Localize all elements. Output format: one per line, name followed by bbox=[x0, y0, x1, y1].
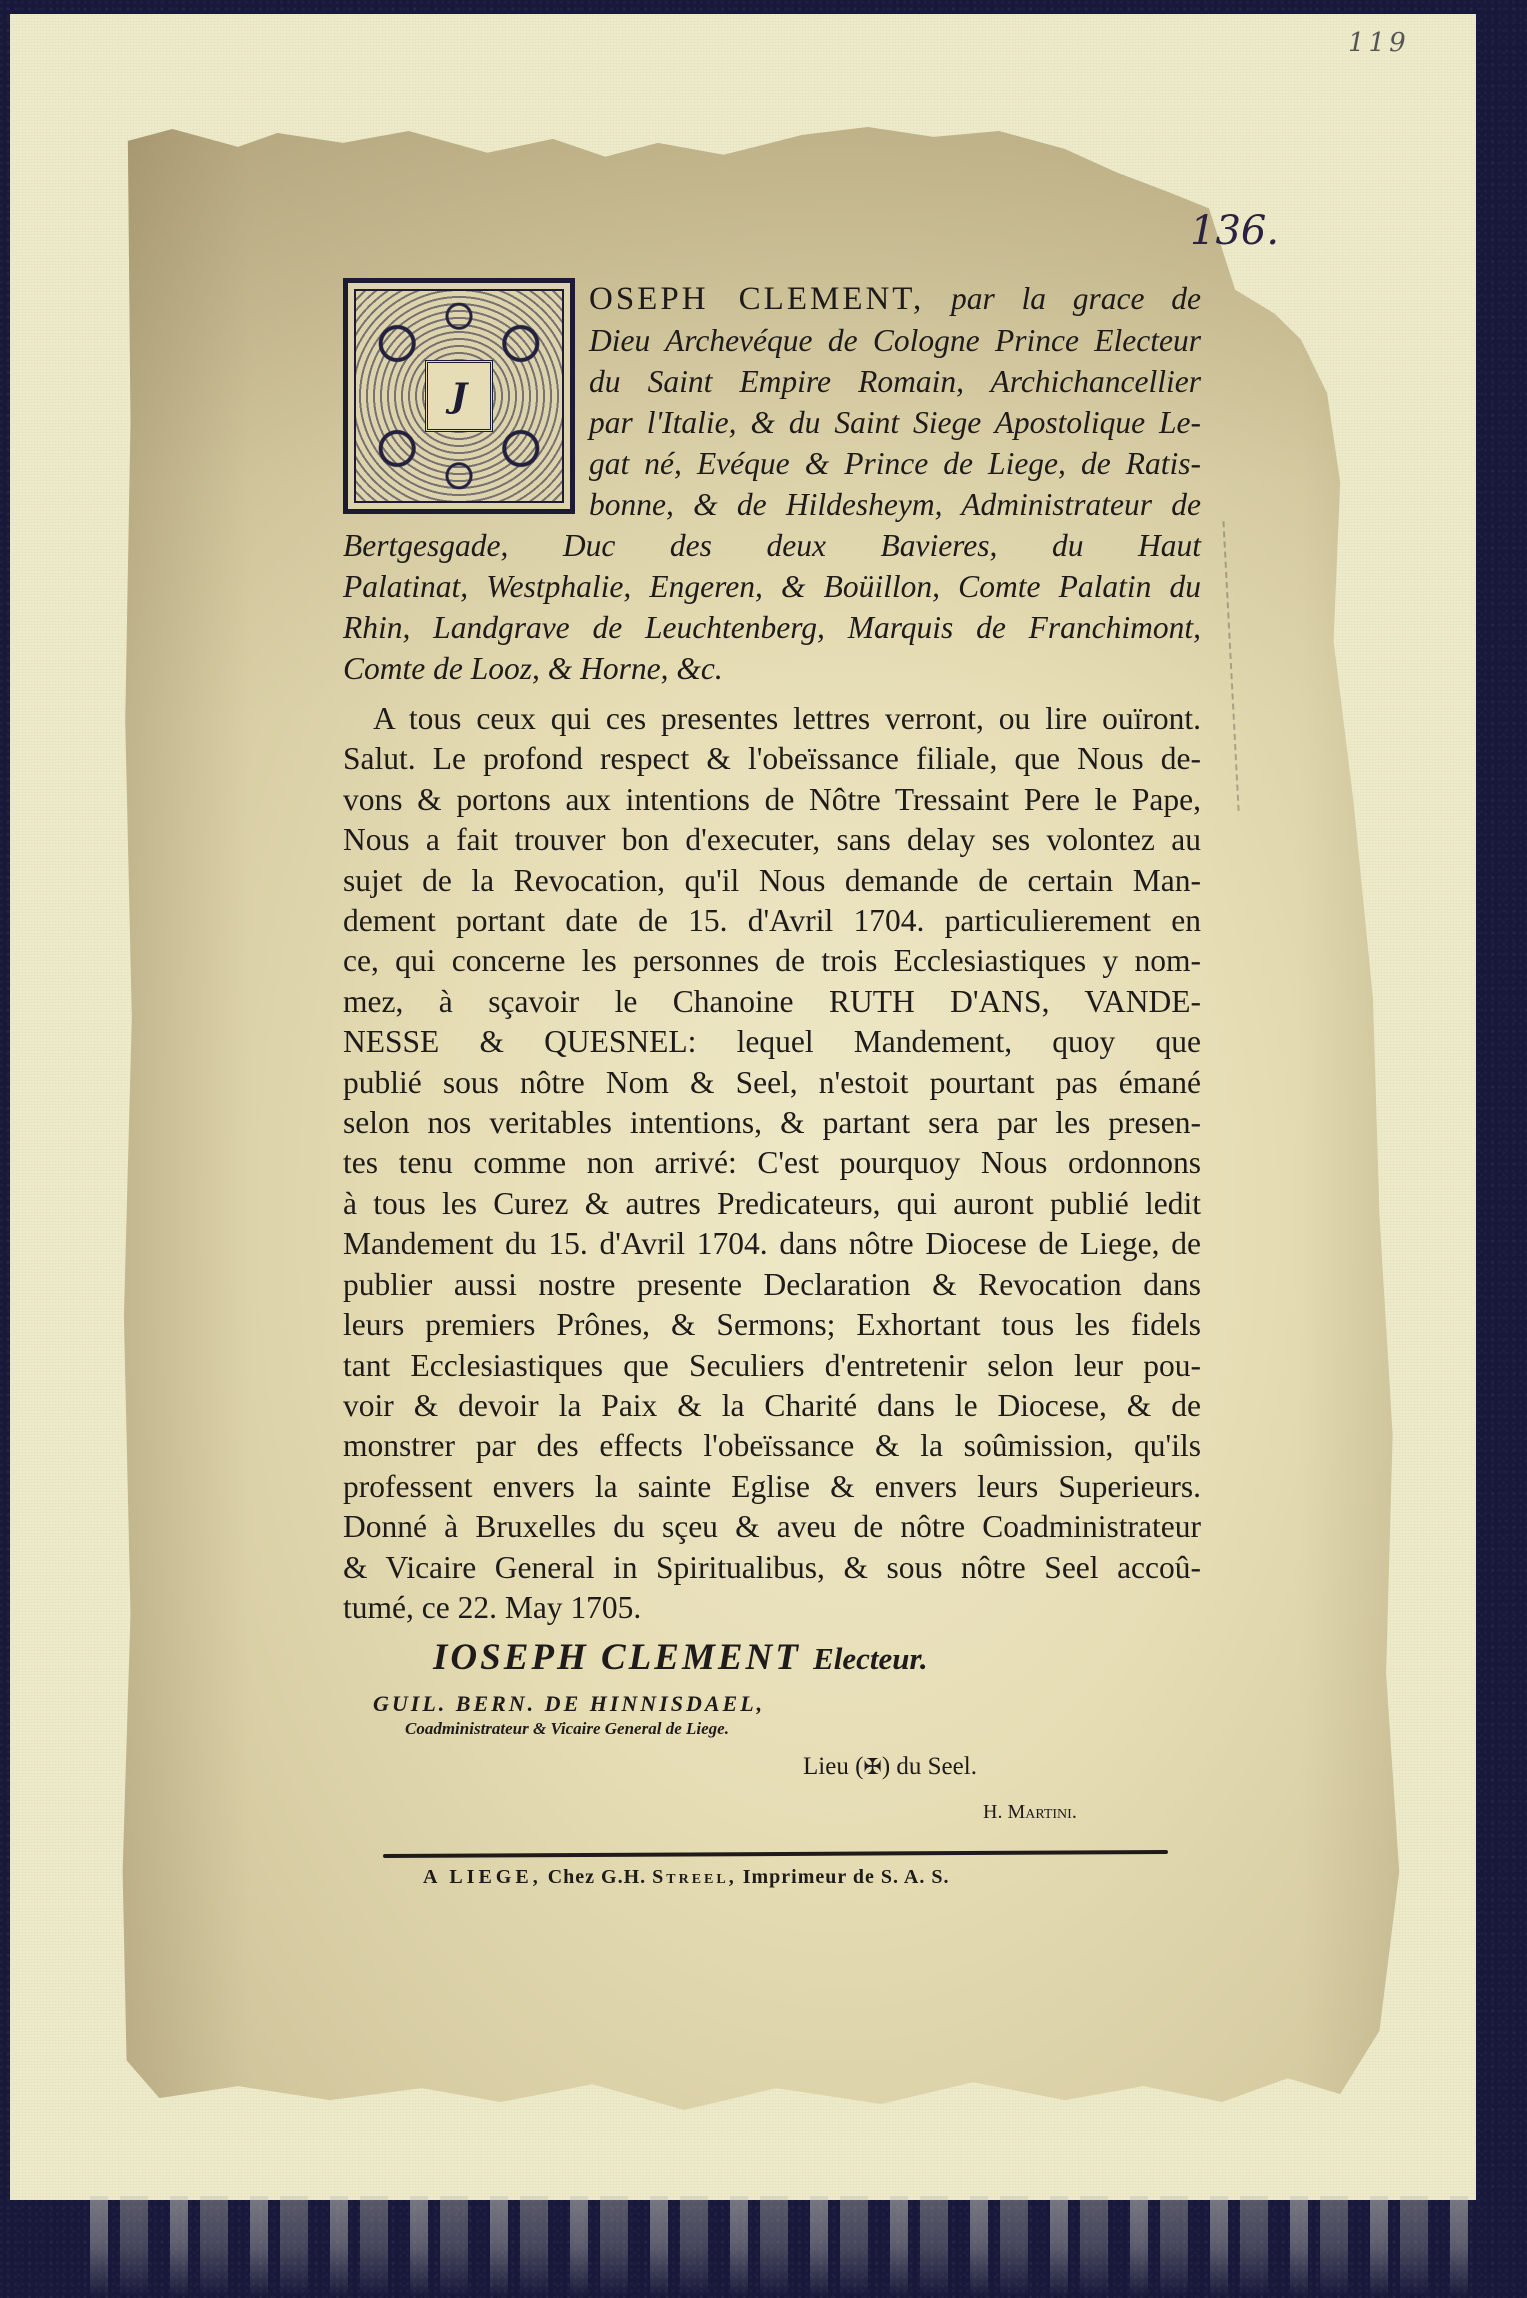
signature-title: Electeur. bbox=[813, 1641, 928, 1676]
mount-torn-edge bbox=[90, 2196, 1480, 2298]
title-line: Bertgesgade, Duc des deux Bavieres, du H… bbox=[343, 525, 1201, 566]
body-line: Donné à Bruxelles du sçeu & aveu de nôtr… bbox=[343, 1507, 1201, 1547]
seal-place: Lieu (✠) du Seel. bbox=[803, 1753, 1201, 1781]
body-line: dement portant date de 15. d'Avril 1704.… bbox=[343, 901, 1201, 941]
cosignatory-name: GUIL. BERN. DE HINNISDAEL, bbox=[373, 1691, 1201, 1717]
body-line: ce, qui concerne les personnes de trois … bbox=[343, 941, 1201, 981]
body-line: Nous a fait trouver bon d'executer, sans… bbox=[343, 820, 1201, 860]
initial-letter: J bbox=[425, 360, 493, 432]
body-line: tant Ecclesiastiques que Seculiers d'ent… bbox=[343, 1346, 1201, 1386]
cosignatory-role: Coadministrateur & Vicaire General de Li… bbox=[405, 1719, 1201, 1739]
printer-imprint: A LIEGE, Chez G.H. Streel, Imprimeur de … bbox=[423, 1866, 1201, 1889]
body-line: professent envers la sainte Eglise & env… bbox=[343, 1467, 1201, 1507]
body-line: à tous les Curez & autres Predicateurs, … bbox=[343, 1184, 1201, 1224]
body-line: leurs premiers Prônes, & Sermons; Exhort… bbox=[343, 1305, 1201, 1345]
archive-number: 119 bbox=[1348, 28, 1410, 58]
secretary-name: H. Martini. bbox=[983, 1801, 1201, 1824]
body-line: tes tenu comme non arrivé: C'est pourquo… bbox=[343, 1143, 1201, 1183]
body-line: voir & devoir la Paix & la Charité dans … bbox=[343, 1386, 1201, 1426]
foliage-ornament-icon: J bbox=[354, 289, 564, 503]
body-line: tumé, ce 22. May 1705. bbox=[343, 1588, 1201, 1628]
body-line: & Vicaire General in Spiritualibus, & so… bbox=[343, 1548, 1201, 1588]
body-line: selon nos veritables intentions, & parta… bbox=[343, 1103, 1201, 1143]
body-line: Salut. Le profond respect & l'obeïssance… bbox=[343, 739, 1201, 779]
cross-seal-icon: ✠ bbox=[863, 1754, 881, 1779]
title-line: Palatinat, Westphalie, Engeren, & Boüill… bbox=[343, 566, 1201, 607]
title-line: Rhin, Landgrave de Leuchtenberg, Marquis… bbox=[343, 607, 1201, 648]
signature-name: IOSEPH CLEMENT bbox=[433, 1637, 801, 1678]
body-line: publié sous nôtre Nom & Seel, n'estoit p… bbox=[343, 1063, 1201, 1103]
body-line: sujet de la Revocation, qu'il Nous deman… bbox=[343, 861, 1201, 901]
folio-number: 136. bbox=[1190, 208, 1279, 254]
title-line: Comte de Looz, & Horne, &c. bbox=[343, 648, 1201, 689]
body-line: Mandement du 15. d'Avril 1704. dans nôtr… bbox=[343, 1224, 1201, 1264]
body-text: A tous ceux qui ces presentes lettres ve… bbox=[343, 699, 1201, 1628]
proclamation-text: J OSEPH CLEMENT, par la grace de Dieu Ar… bbox=[343, 278, 1201, 1889]
body-line: monstrer par des effects l'obeïssance & … bbox=[343, 1426, 1201, 1466]
body-line: A tous ceux qui ces presentes lettres ve… bbox=[343, 699, 1201, 739]
divider-rule bbox=[383, 1850, 1168, 1858]
ornamental-initial: J bbox=[343, 278, 575, 514]
signature: IOSEPH CLEMENT Electeur. bbox=[433, 1636, 1201, 1679]
body-line: mez, à sçavoir le Chanoine RUTH D'ANS, V… bbox=[343, 982, 1201, 1022]
body-line: NESSE & QUESNEL: lequel Mandement, quoy … bbox=[343, 1022, 1201, 1062]
body-line: vons & portons aux intentions de Nôtre T… bbox=[343, 780, 1201, 820]
body-line: publier aussi nostre presente Declaratio… bbox=[343, 1265, 1201, 1305]
